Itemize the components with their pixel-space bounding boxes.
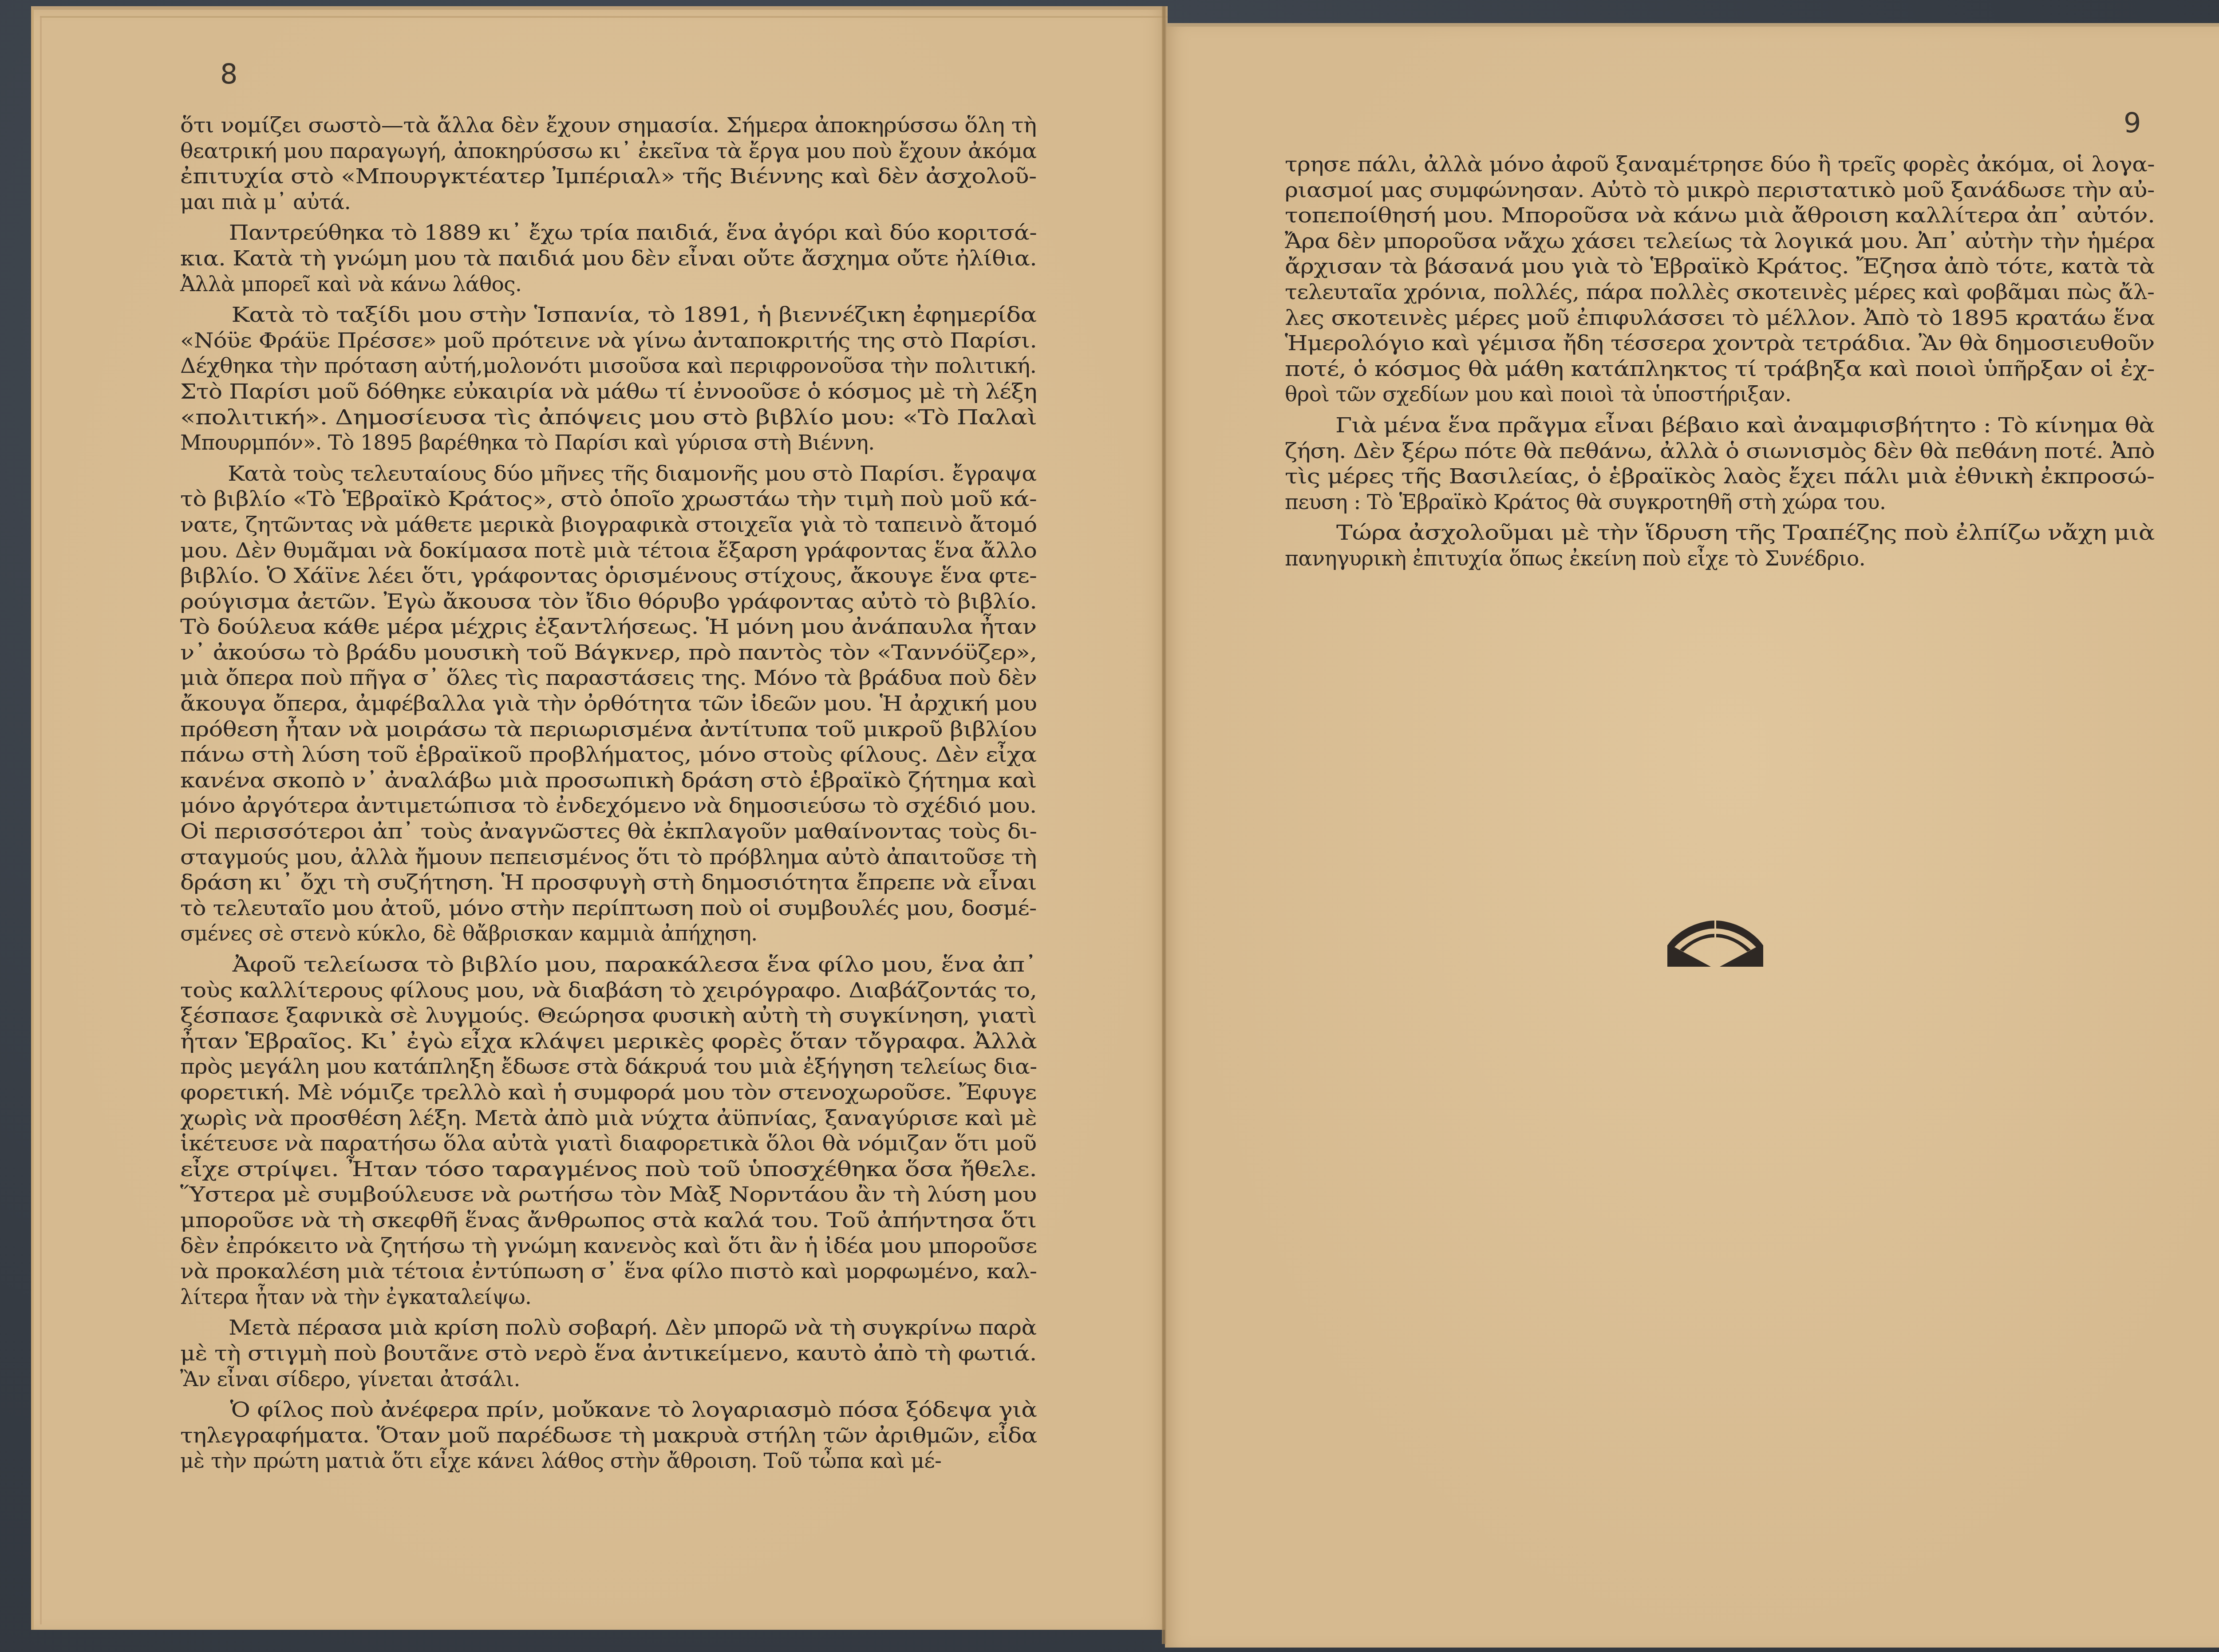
- paragraph-gap: [180, 1310, 1037, 1315]
- paragraph: τρησε πάλι, ἀλλὰ μόνο ἀφοῦ ξαναμέτρησε δ…: [1285, 152, 2155, 407]
- text-line: τὸ βιβλίο «Τὸ Ἑβραϊκὸ Κράτος», στὸ ὁποῖο…: [180, 486, 1037, 512]
- text-line: Στὸ Παρίσι μοῦ δόθηκε εὐκαιρία νὰ μάθω τ…: [180, 379, 1037, 405]
- left-page: 8 ὅτι νομίζει σωστὸ—τὰ ἄλλα δὲν ἔχουν ση…: [31, 6, 1168, 1630]
- text-line: ὅτι νομίζει σωστὸ—τὰ ἄλλα δὲν ἔχουν σημα…: [180, 113, 1037, 138]
- text-line: σμένες σὲ στενὸ κύκλο, δὲ θἄβρισκαν καμμ…: [180, 921, 758, 947]
- text-line: τοπεποίθησή μου. Μποροῦσα νὰ κάνω μιὰ ἄθ…: [1285, 203, 2155, 229]
- text-line: ριασμοί μας συμφώνησαν. Αὐτὸ τὸ μικρὸ πε…: [1285, 178, 2155, 203]
- page-number: 8: [220, 58, 237, 90]
- text-line: Κατὰ τοὺς τελευταίους δύο μῆνες τῆς διαμ…: [180, 461, 1037, 487]
- text-line: ἦταν Ἑβραῖος. Κι᾽ ἐγὼ εἶχα κλάψει μερικὲ…: [180, 1029, 1037, 1055]
- paragraph: Κατὰ τοὺς τελευταίους δύο μῆνες τῆς διαμ…: [180, 461, 1037, 947]
- text-line: τοὺς καλλίτερους φίλους μου, νὰ διαβάση …: [180, 978, 1037, 1004]
- text-line: μὲ τὴ στιγμὴ ποὺ βουτᾶνε στὸ νερὸ ἕνα ἀν…: [180, 1341, 1037, 1367]
- text-line: ρούγισμα ἀετῶν. Ἐγὼ ἄκουσα τὸν ἴδιο θόρυ…: [180, 589, 1037, 615]
- text-line: Γιὰ μένα ἕνα πρᾶγμα εἶναι βέβαιο καὶ ἀνα…: [1285, 413, 2155, 439]
- page-number: 9: [2124, 107, 2141, 139]
- paragraph: Παντρεύθηκα τὸ 1889 κι᾽ ἔχω τρία παιδιά,…: [180, 220, 1037, 297]
- paragraph-gap: [180, 947, 1037, 952]
- text-line: ποτέ, ὁ κόσμος θὰ μάθη κατάπληκτος τί τρ…: [1285, 356, 2155, 382]
- paragraph-gap: [1285, 407, 2155, 413]
- text-line: πρὸς μεγάλη μου κατάπληξη ἔδωσε στὰ δάκρ…: [180, 1054, 1037, 1080]
- text-line: τὶς μέρες τῆς Βασιλείας, ὁ ἑβραϊκὸς λαὸς…: [1285, 464, 2154, 490]
- text-line: μιὰ ὄπερα ποὺ πῆγα σ᾽ ὅλες τὶς παραστάσε…: [180, 665, 1037, 691]
- text-line: Ἀφοῦ τελείωσα τὸ βιβλίο μου, παρακάλεσα …: [180, 952, 1036, 978]
- paragraph-gap: [180, 456, 1037, 461]
- paragraph: Ὁ φίλος ποὺ ἀνέφερα πρίν, μοὔκανε τὸ λογ…: [180, 1397, 1037, 1474]
- text-line: βιβλίο. Ὁ Χάϊνε λέει ὅτι, γράφοντας ὁρισ…: [180, 563, 1037, 589]
- text-line: μόνο ἀργότερα ἀντιμετώπισα τὸ ἐνδεχόμενο…: [180, 793, 1037, 819]
- text-line: λες σκοτεινὲς μέρες μοῦ ἐπιφυλάσσει τὸ μ…: [1285, 305, 2155, 331]
- text-line: ζήση. Δὲν ξέρω πότε θὰ πεθάνω, ἀλλὰ ὁ σι…: [1285, 439, 2155, 464]
- text-line: τὸ τελευταῖο μου ἀτοῦ, μόνο στὴν περίπτω…: [180, 896, 1037, 921]
- text-line: ν᾽ ἀκούσω τὸ βράδυ μουσικὴ τοῦ Βάγκνερ, …: [180, 640, 1037, 666]
- text-line: Ἡμερολόγιο καὶ γέμισα ἤδη τέσσερα χοντρὰ…: [1285, 331, 2155, 356]
- text-line: θροὶ τῶν σχεδίων μου καὶ ποιοὶ τὰ ὑποστή…: [1285, 382, 1791, 407]
- text-line: Ἄρα δὲν μποροῦσα νἄχω χάσει τελείως τὰ λ…: [1285, 229, 2155, 254]
- text-line: νὰ προκαλέση μιὰ τέτοια ἐντύπωση σ᾽ ἕνα …: [180, 1259, 1037, 1284]
- text-line: τηλεγραφήματα. Ὅταν μοῦ παρέδωσε τὴ μακρ…: [180, 1423, 1037, 1449]
- text-line: νατε, ζητῶντας νὰ μάθετε μερικὰ βιογραφι…: [180, 512, 1037, 538]
- text-line: «Νόϋε Φράϋε Πρέσσε» μοῦ πρότεινε νὰ γίνω…: [180, 328, 1037, 354]
- text-line: δὲν ἐπρόκειτο νὰ ζητήσω τὴ γνώμη κανενὸς…: [180, 1233, 1037, 1259]
- left-page-text: ὅτι νομίζει σωστὸ—τὰ ἄλλα δὲν ἔχουν σημα…: [180, 113, 1037, 1474]
- text-line: μποροῦσε νὰ τὴ σκεφθῆ ἕνας ἄνθρωπος στὰ …: [180, 1208, 1036, 1233]
- text-line: Ὕστερα μὲ συμβούλευσε νὰ ρωτήσω τὸν Μὰξ …: [180, 1182, 1037, 1208]
- text-line: ἱκέτευσε νὰ παρατήσω ὅλα αὐτὰ γιατὶ διαφ…: [180, 1131, 1036, 1157]
- text-line: ἄρχισαν τὰ βάσανά μου γιὰ τὸ Ἑβραϊκὸ Κρά…: [1285, 254, 2155, 280]
- text-line: μαι πιὰ μ᾽ αὐτά.: [180, 190, 351, 215]
- text-line: εἶχε στρίψει. Ἦταν τόσο ταραγμένος ποὺ τ…: [180, 1157, 1037, 1182]
- text-line: λίτερα ἦταν νὰ τὴν ἐγκαταλείψω.: [180, 1284, 531, 1310]
- text-line: Ἂν εἶναι σίδερο, γίνεται ἀτσάλι.: [180, 1367, 520, 1392]
- paragraph: ὅτι νομίζει σωστὸ—τὰ ἄλλα δὲν ἔχουν σημα…: [180, 113, 1037, 215]
- text-line: Δέχθηκα τὴν πρόταση αὐτή,μολονότι μισοῦσ…: [180, 353, 1037, 379]
- fan-ornament-icon: [1666, 920, 1764, 969]
- text-line: Ἀλλὰ μπορεῖ καὶ νὰ κάνω λάθος.: [180, 272, 521, 297]
- text-line: ξέσπασε ξαφνικὰ σὲ λυγμούς. Θεώρησα φυσι…: [180, 1003, 1037, 1029]
- text-line: τελευταῖα χρόνια, πολλές, πάρα πολλὲς σκ…: [1285, 280, 2154, 305]
- paragraph-gap: [180, 297, 1037, 302]
- text-line: σταγμούς μου, ἀλλὰ ἤμουν πεπεισμένος ὅτι…: [180, 845, 1037, 870]
- text-line: πρόθεση ἦταν νὰ μοιράσω τὰ περιωρισμένα …: [180, 717, 1037, 743]
- text-line: Οἱ περισσότεροι ἀπ᾽ τοὺς ἀναγνῶστες θὰ ἐ…: [180, 819, 1037, 845]
- text-line: πανηγυρικὴ ἐπιτυχία ὅπως ἐκείνη ποὺ εἶχε…: [1285, 546, 1865, 572]
- text-line: κια. Κατὰ τὴ γνώμη μου τὰ παιδιά μου δὲν…: [180, 246, 1037, 272]
- text-line: Παντρεύθηκα τὸ 1889 κι᾽ ἔχω τρία παιδιά,…: [180, 220, 1037, 246]
- right-page-text: τρησε πάλι, ἀλλὰ μόνο ἀφοῦ ξαναμέτρησε δ…: [1285, 152, 2155, 572]
- text-line: Τώρα ἀσχολοῦμαι μὲ τὴν ἵδρυση τῆς Τραπέζ…: [1285, 520, 2155, 546]
- paragraph-gap: [180, 1392, 1037, 1397]
- text-line: μου. Δὲν θυμᾶμαι νὰ δοκίμασα ποτὲ μιὰ τέ…: [180, 538, 1037, 564]
- text-line: Τὸ δούλευα κάθε μέρα μέχρις ἐξαντλήσεως.…: [180, 614, 1037, 640]
- text-line: ἄκουγα ὄπερα, ἀμφέβαλλα γιὰ τὴν ὀρθότητα…: [180, 691, 1037, 717]
- right-page: 9 τρησε πάλι, ἀλλὰ μόνο ἀφοῦ ξαναμέτρησε…: [1165, 23, 2219, 1648]
- text-line: Μετὰ πέρασα μιὰ κρίση πολὺ σοβαρή. Δὲν μ…: [180, 1315, 1036, 1341]
- paragraph-gap: [1285, 515, 2155, 520]
- text-line: πευση : Τὸ Ἑβραϊκὸ Κράτος θὰ συγκροτηθῆ …: [1285, 490, 1886, 515]
- text-line: τρησε πάλι, ἀλλὰ μόνο ἀφοῦ ξαναμέτρησε δ…: [1285, 152, 2155, 178]
- text-line: δράση κι᾽ ὄχι τὴ συζήτηση. Ἡ προσφυγὴ στ…: [180, 870, 1037, 896]
- text-line: «πολιτική». Δημοσίευσα τὶς ἀπόψεις μου σ…: [180, 405, 1037, 431]
- text-line: Μπουρμπόν». Τὸ 1895 βαρέθηκα τὸ Παρίσι κ…: [180, 430, 875, 456]
- text-line: ἐπιτυχία στὸ «Μπουργκτέατερ Ἰμπέριαλ» τῆ…: [180, 164, 1037, 190]
- paragraph: Τώρα ἀσχολοῦμαι μὲ τὴν ἵδρυση τῆς Τραπέζ…: [1285, 520, 2155, 571]
- text-line: Ὁ φίλος ποὺ ἀνέφερα πρίν, μοὔκανε τὸ λογ…: [180, 1397, 1037, 1423]
- text-line: Κατὰ τὸ ταξίδι μου στὴν Ἱσπανία, τὸ 1891…: [180, 302, 1036, 328]
- book-gutter: [1162, 6, 1166, 1644]
- paragraph: Κατὰ τὸ ταξίδι μου στὴν Ἱσπανία, τὸ 1891…: [180, 302, 1037, 456]
- paragraph-gap: [180, 215, 1037, 220]
- paragraph: Ἀφοῦ τελείωσα τὸ βιβλίο μου, παρακάλεσα …: [180, 952, 1037, 1310]
- text-line: κανένα σκοπὸ ν᾽ ἀναλάβω μιὰ προσωπικὴ δρ…: [180, 768, 1037, 794]
- text-line: πάνω στὴ λύση τοῦ ἑβραϊκοῦ προβλήματος, …: [180, 742, 1037, 768]
- text-line: χωρὶς νὰ προσθέση λέξη. Μετὰ ἀπὸ μιὰ νύχ…: [180, 1106, 1037, 1131]
- text-line: θεατρική μου παραγωγή, ἀποκηρύσσω κι᾽ ἐκ…: [180, 138, 1037, 164]
- text-line: φορετική. Μὲ νόμιζε τρελλὸ καὶ ἡ συμφορά…: [180, 1080, 1037, 1106]
- text-line: μὲ τὴν πρώτη ματιὰ ὅτι εἶχε κάνει λάθος …: [180, 1448, 941, 1474]
- paragraph: Γιὰ μένα ἕνα πρᾶγμα εἶναι βέβαιο καὶ ἀνα…: [1285, 413, 2155, 515]
- paragraph: Μετὰ πέρασα μιὰ κρίση πολὺ σοβαρή. Δὲν μ…: [180, 1315, 1037, 1392]
